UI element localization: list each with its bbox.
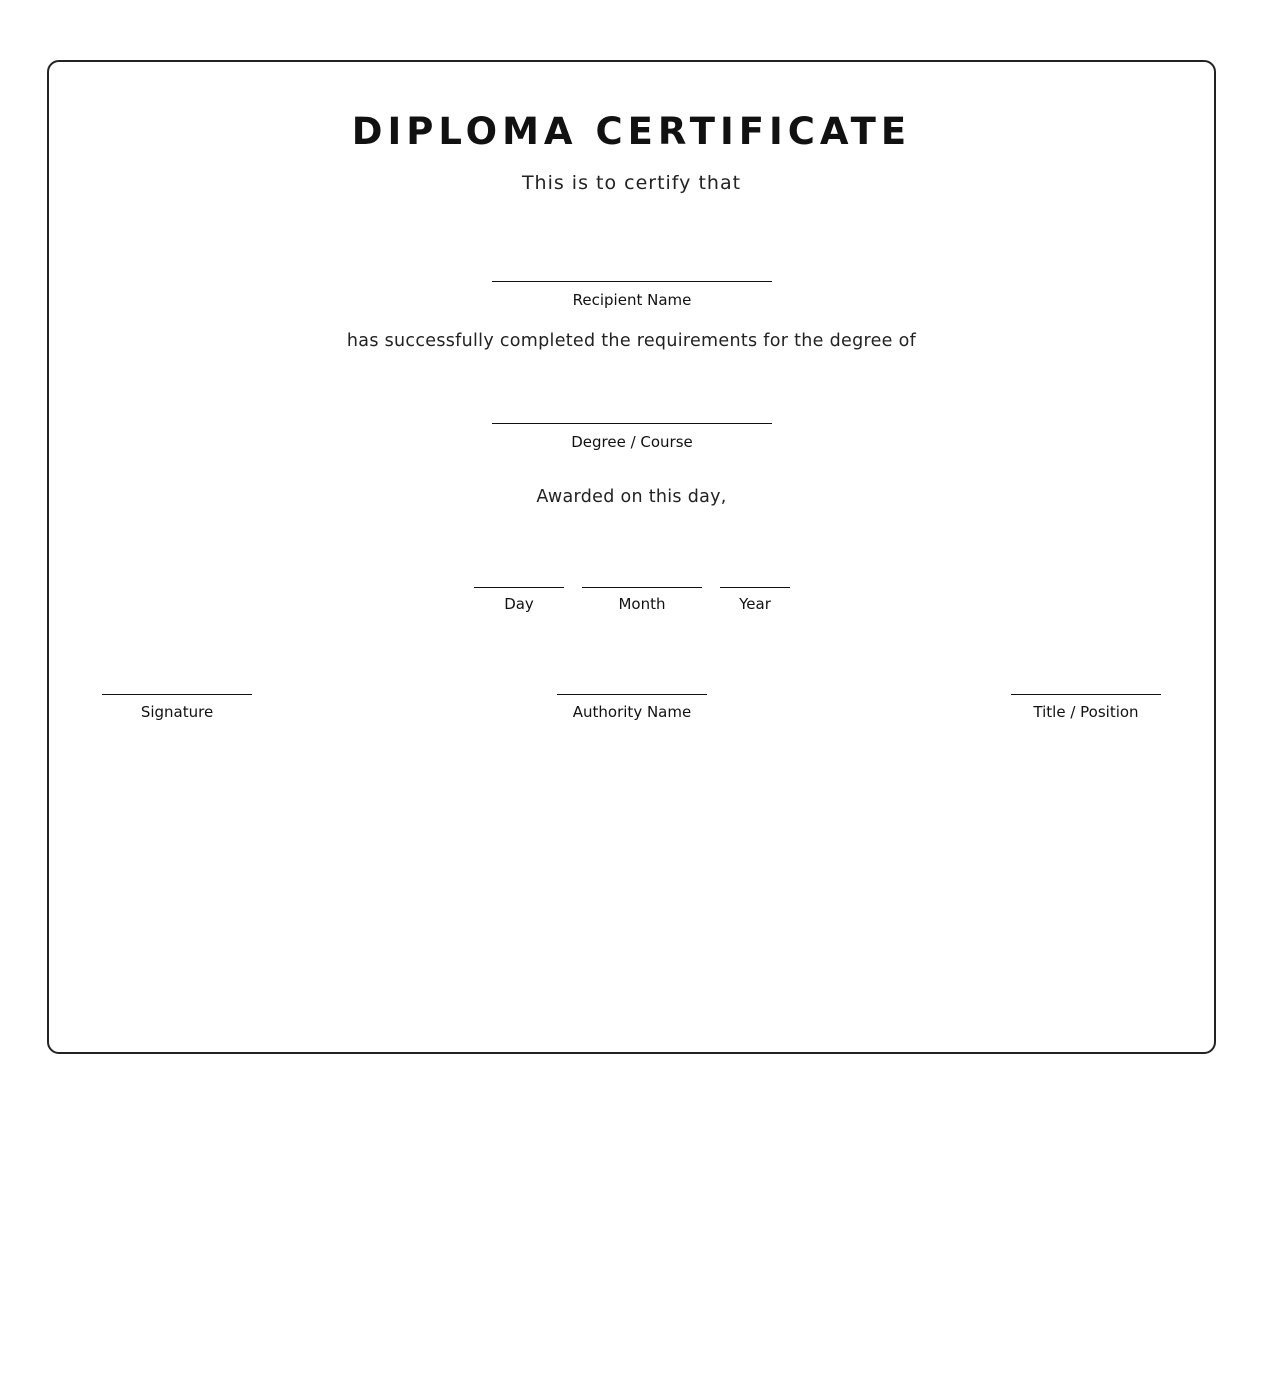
month-label: Month (582, 595, 702, 613)
authority-name-label: Authority Name (557, 703, 707, 721)
awarded-text: Awarded on this day, (49, 487, 1214, 507)
certificate-title: DIPLOMA CERTIFICATE (49, 110, 1214, 153)
completion-text: has successfully completed the requireme… (49, 331, 1214, 351)
title-position-label: Title / Position (1011, 703, 1161, 721)
authority-name-line[interactable] (557, 694, 707, 695)
degree-course-line[interactable] (492, 423, 772, 424)
certify-intro: This is to certify that (49, 172, 1214, 194)
degree-course-label: Degree / Course (492, 433, 772, 451)
day-line[interactable] (474, 587, 564, 588)
certificate-frame: DIPLOMA CERTIFICATE This is to certify t… (47, 60, 1216, 1054)
signature-label: Signature (102, 703, 252, 721)
year-line[interactable] (720, 587, 790, 588)
recipient-name-line[interactable] (492, 281, 772, 282)
title-position-line[interactable] (1011, 694, 1161, 695)
signature-line[interactable] (102, 694, 252, 695)
month-line[interactable] (582, 587, 702, 588)
year-label: Year (720, 595, 790, 613)
day-label: Day (474, 595, 564, 613)
recipient-name-label: Recipient Name (492, 291, 772, 309)
